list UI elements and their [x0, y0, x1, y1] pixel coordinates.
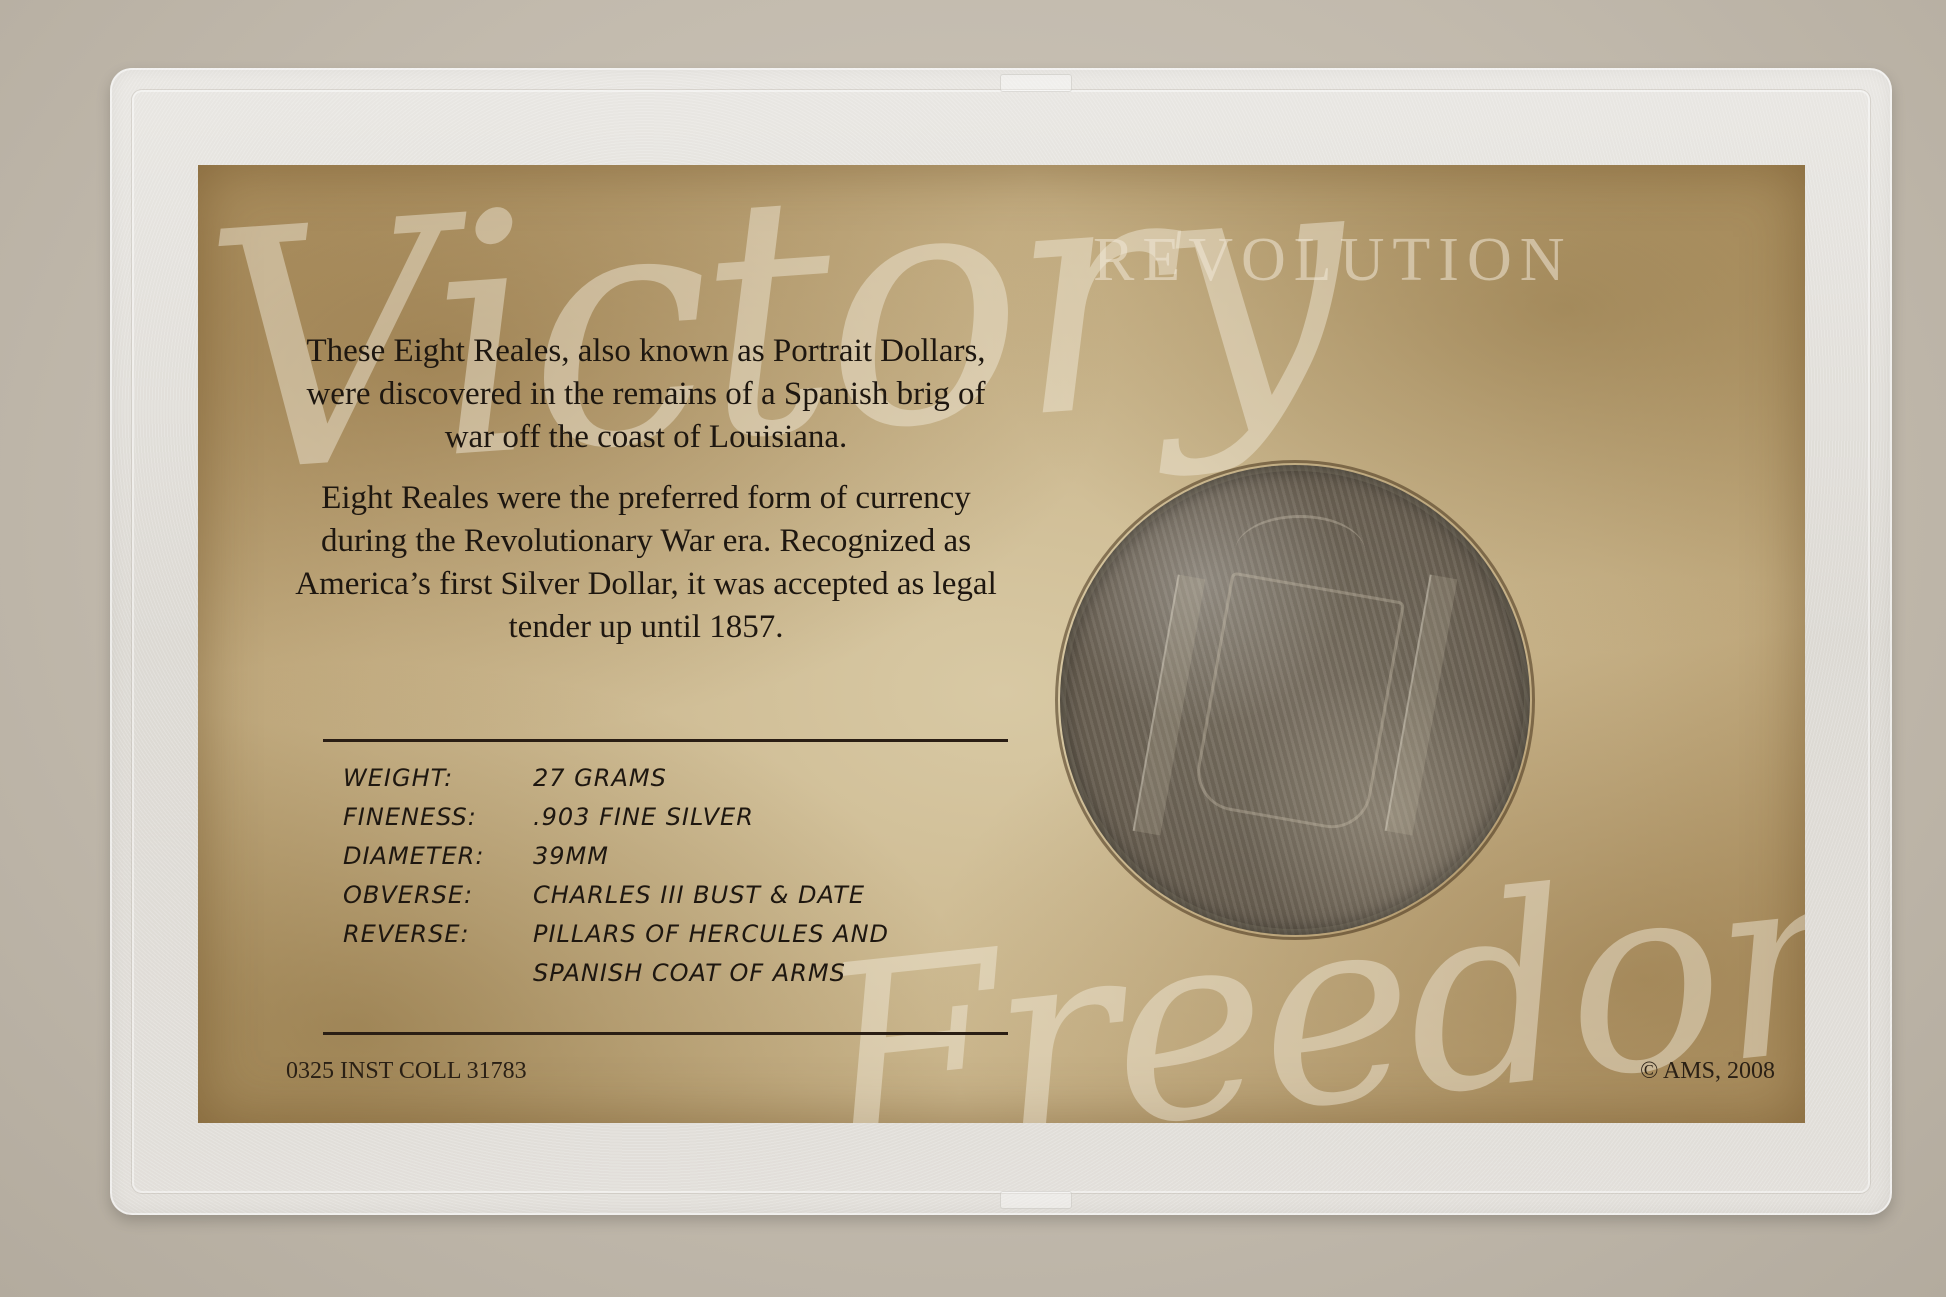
spec-label: OBVERSE:: [343, 881, 533, 909]
certificate-card: Victory Freedom REVOLUTION These Eight R…: [198, 165, 1805, 1123]
silver-coin: [1060, 465, 1530, 935]
case-tab-bottom: [1000, 1191, 1072, 1209]
spec-row-fineness: FINENESS: .903 FINE SILVER: [343, 797, 889, 836]
spec-value: SPANISH COAT OF ARMS: [533, 959, 846, 987]
spec-row-obverse: OBVERSE: CHARLES III BUST & DATE: [343, 875, 889, 914]
paragraph-discovery: These Eight Reales, also known as Portra…: [286, 330, 1006, 459]
spec-value: .903 FINE SILVER: [533, 803, 754, 831]
spec-label: REVERSE:: [343, 920, 533, 948]
divider-bottom: [323, 1032, 1008, 1035]
spec-value: CHARLES III BUST & DATE: [533, 881, 865, 909]
inventory-code: 0325 INST COLL 31783: [286, 1058, 527, 1085]
divider-top: [323, 739, 1008, 742]
spec-value: 39MM: [533, 842, 609, 870]
spec-label: DIAMETER:: [343, 842, 533, 870]
case-tab-top: [1000, 74, 1072, 92]
coin-shield-relief: [1191, 572, 1405, 835]
description-text: These Eight Reales, also known as Portra…: [286, 330, 1006, 667]
spec-table: WEIGHT: 27 GRAMS FINENESS: .903 FINE SIL…: [343, 758, 889, 992]
spec-row-reverse-cont: SPANISH COAT OF ARMS: [343, 953, 889, 992]
spec-row-diameter: DIAMETER: 39MM: [343, 836, 889, 875]
paragraph-history: Eight Reales were the preferred form of …: [286, 477, 1006, 649]
spec-label: FINENESS:: [343, 803, 533, 831]
coin-pillar-left: [1133, 575, 1206, 836]
spec-row-reverse: REVERSE: PILLARS OF HERCULES AND: [343, 914, 889, 953]
copyright-notice: © AMS, 2008: [1640, 1058, 1775, 1085]
spec-value: 27 GRAMS: [533, 764, 667, 792]
spec-value: PILLARS OF HERCULES AND: [533, 920, 889, 948]
spec-row-weight: WEIGHT: 27 GRAMS: [343, 758, 889, 797]
spec-label: WEIGHT:: [343, 764, 533, 792]
watermark-revolution: REVOLUTION: [1093, 225, 1573, 296]
